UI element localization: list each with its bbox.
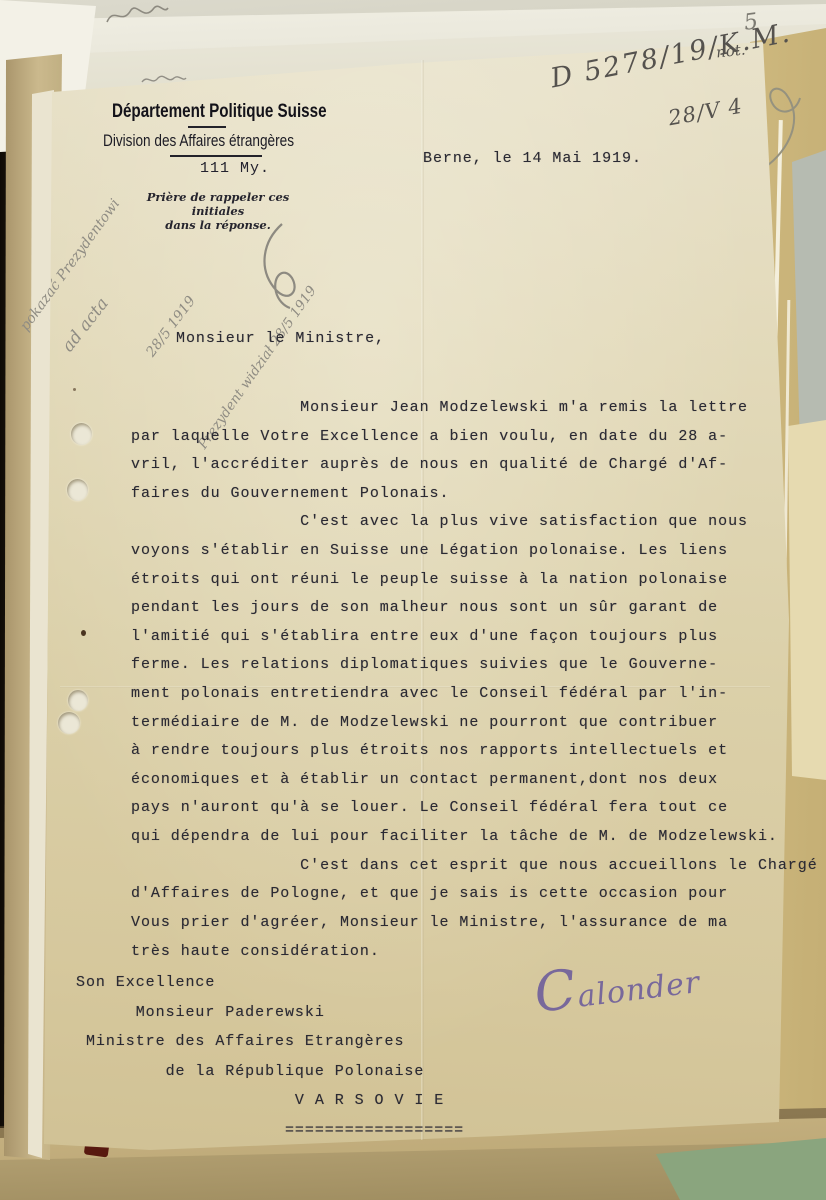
body-paragraph-1: Monsieur Jean Modzelewski m'a remis la l… [131,394,748,508]
paper-speck [73,388,76,391]
punch-hole [68,690,88,711]
letterhead-note-line1: Prière de rappeler ces initiales [147,190,290,218]
punch-hole [58,712,80,734]
body-paragraph-3: C'est dans cet esprit que nous accueillo… [131,852,818,966]
punch-hole [71,423,92,445]
recipient-address-block: Son Excellence Monsieur Paderewski Minis… [76,968,464,1145]
pencil-scribble-top-left [104,2,170,30]
letterhead-rule-short [188,126,226,128]
body-paragraph-2: C'est avec la plus vive satisfaction que… [131,508,778,851]
pencil-flourish-initial [248,218,318,310]
letterhead-division: Division des Affaires étrangères [103,131,294,151]
punch-hole [67,479,88,501]
letterhead-reference-initials: 111 My. [200,160,270,177]
dateline: Berne, le 14 Mai 1919. [423,150,642,167]
paper-speck [81,630,86,636]
letterhead-department: Département Politique Suisse [112,101,327,123]
letterhead-rule-long [170,155,262,157]
archive-photo: 5 Département Politique Suisse Division … [0,0,826,1200]
salutation: Monsieur le Ministre, [176,330,385,347]
